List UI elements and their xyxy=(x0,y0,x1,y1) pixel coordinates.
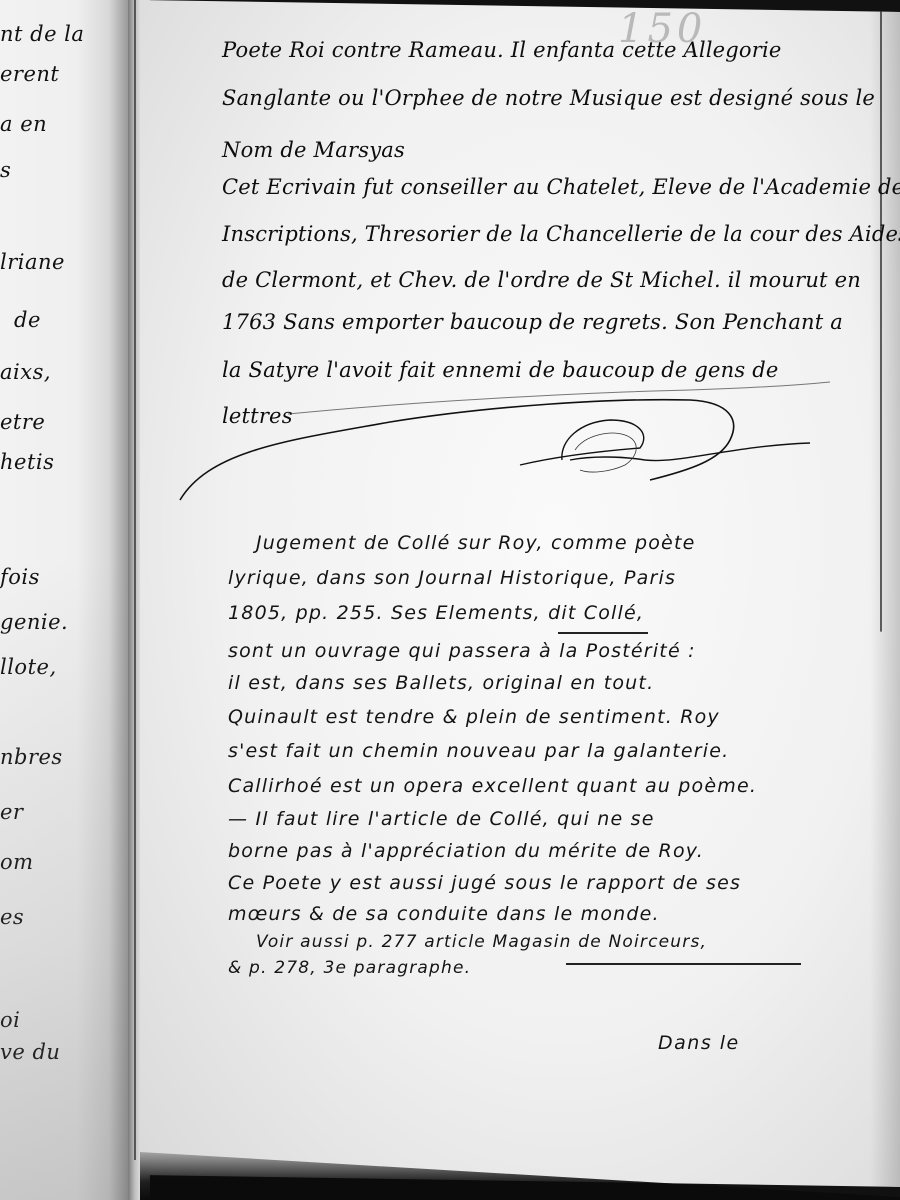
left-page-line: erent xyxy=(0,62,59,86)
manuscript-line: Voir aussi p. 277 article Magasin de Noi… xyxy=(256,932,707,952)
page-edge-line xyxy=(880,12,882,632)
left-page-line: etre xyxy=(0,410,45,434)
manuscript-line: Callirhoé est un opera excellent quant a… xyxy=(228,775,757,797)
left-page-line: fois xyxy=(0,565,40,589)
manuscript-line: de Clermont, et Chev. de l'ordre de St M… xyxy=(222,268,861,292)
manuscript-line: s'est fait un chemin nouveau par la gala… xyxy=(228,740,729,762)
left-page-line: es xyxy=(0,905,24,929)
left-page-line: s xyxy=(0,158,11,182)
left-page-line: llote, xyxy=(0,655,57,679)
left-page-line: genie. xyxy=(0,610,68,634)
left-page-line: nbres xyxy=(0,745,63,769)
left-page-line: de xyxy=(14,308,41,332)
manuscript-line: Jugement de Collé sur Roy, comme poète xyxy=(256,532,696,554)
left-page-line: om xyxy=(0,850,34,874)
left-page-line: oi xyxy=(0,1008,20,1032)
manuscript-line: — Il faut lire l'article de Collé, qui n… xyxy=(228,808,655,830)
manuscript-line: Inscriptions, Thresorier de la Chancelle… xyxy=(222,222,900,246)
manuscript-line: sont un ouvrage qui passera à la Postéri… xyxy=(228,640,696,662)
manuscript-line: Sanglante ou l'Orphee de notre Musique e… xyxy=(222,86,875,110)
manuscript-line: Quinault est tendre & plein de sentiment… xyxy=(228,706,720,728)
left-page-line: hetis xyxy=(0,450,54,474)
underline-magasin xyxy=(566,963,801,965)
left-page-line: er xyxy=(0,800,23,824)
left-page-line: nt de la xyxy=(0,22,84,46)
manuscript-line: Nom de Marsyas xyxy=(222,138,405,162)
manuscript-line: il est, dans ses Ballets, original en to… xyxy=(228,672,654,694)
left-page-line: aixs, xyxy=(0,360,51,384)
manuscript-line: la Satyre l'avoit fait ennemi de baucoup… xyxy=(222,358,779,382)
closing-flourish-icon xyxy=(170,380,890,510)
manuscript-line: mœurs & de sa conduite dans le monde. xyxy=(228,903,660,925)
manuscript-line: & p. 278, 3e paragraphe. xyxy=(228,958,471,978)
manuscript-line: Cet Ecrivain fut conseiller au Chatelet,… xyxy=(222,175,900,199)
manuscript-line: 1805, pp. 255. Ses Elements, dit Collé, xyxy=(228,602,644,624)
catchword: Dans le xyxy=(658,1032,740,1054)
manuscript-line: Ce Poete y est aussi jugé sous le rappor… xyxy=(228,872,741,894)
manuscript-line: borne pas à l'appréciation du mérite de … xyxy=(228,840,704,862)
gutter-fold-line xyxy=(134,0,136,1160)
underline-elements xyxy=(558,632,648,634)
left-page-line: lriane xyxy=(0,250,65,274)
left-page-line: a en xyxy=(0,112,47,136)
manuscript-line: Poete Roi contre Rameau. Il enfanta cett… xyxy=(222,38,782,62)
manuscript-line: lyrique, dans son Journal Historique, Pa… xyxy=(228,567,676,589)
left-page: nt de la erent a en s lriane de aixs, et… xyxy=(0,0,128,1200)
manuscript-line: 1763 Sans emporter baucoup de regrets. S… xyxy=(222,310,843,334)
left-page-line: ve du xyxy=(0,1040,60,1064)
